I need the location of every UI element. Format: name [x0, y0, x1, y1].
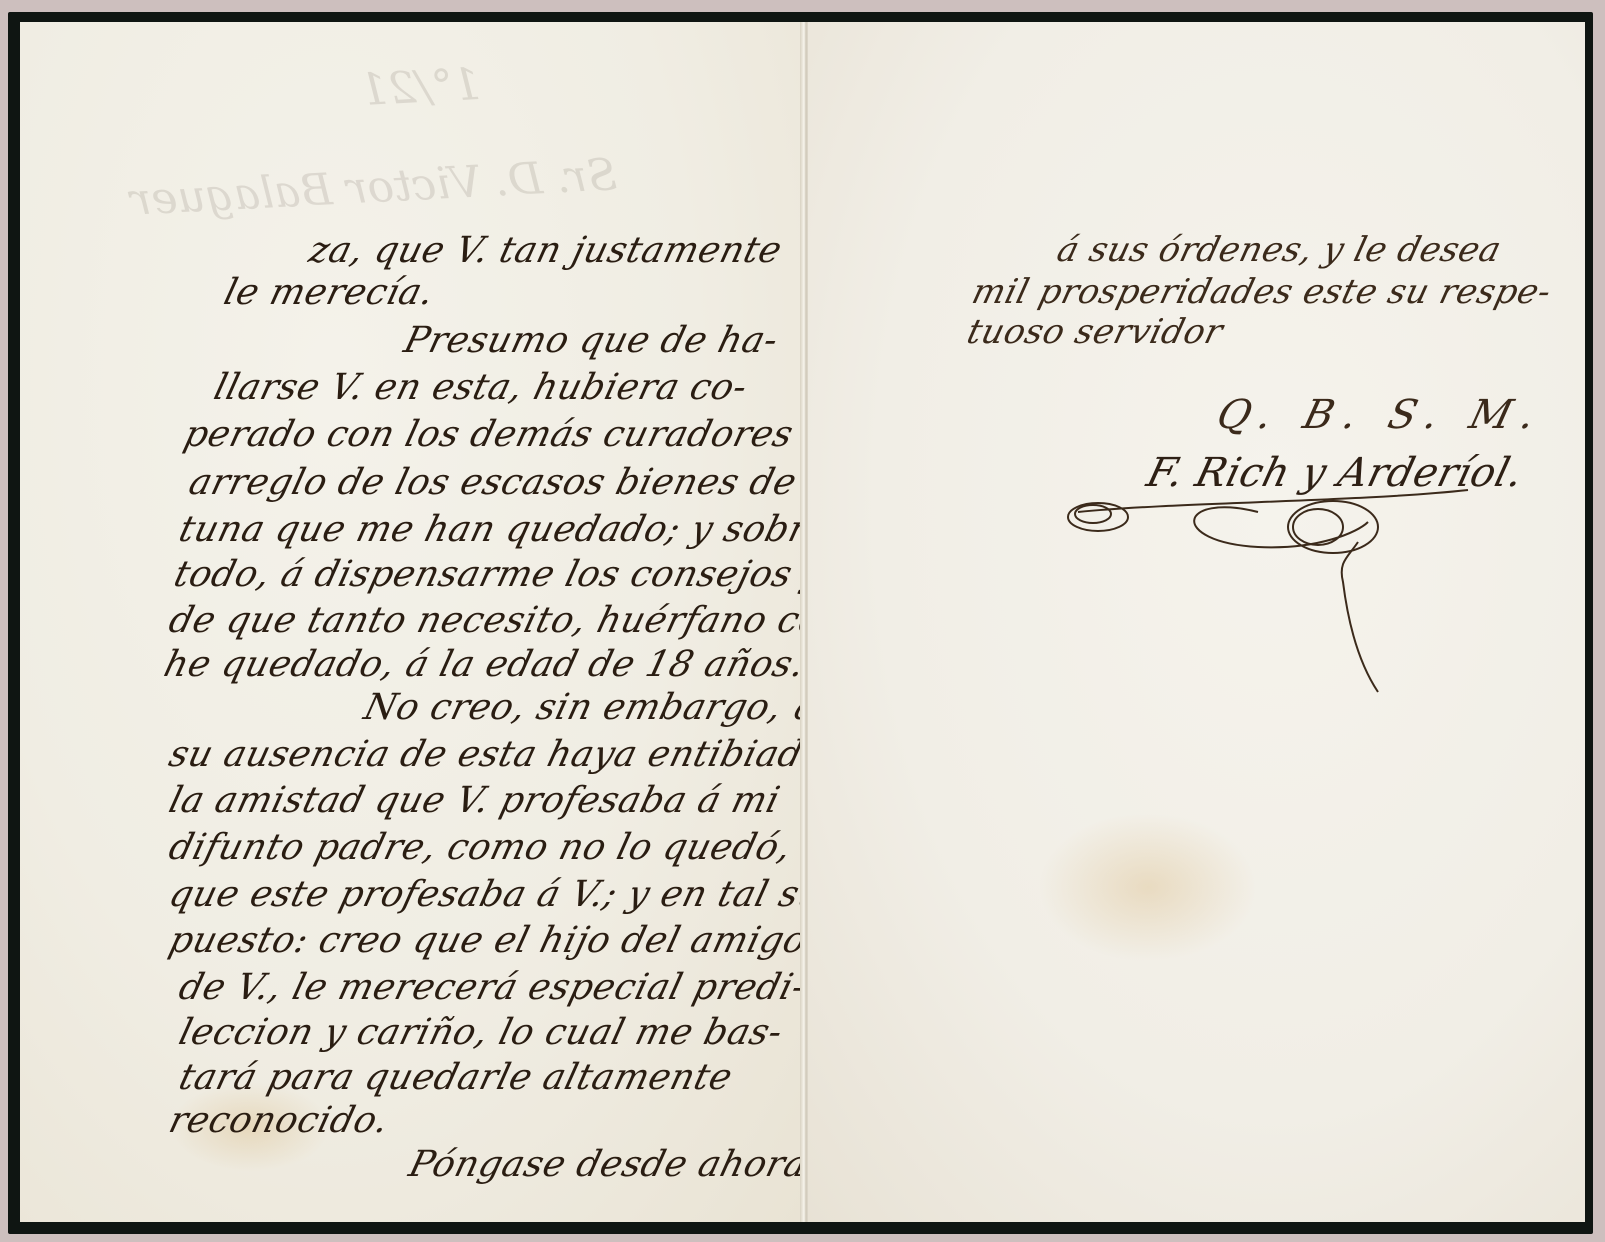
letter-line-12: su ausencia de esta haya entibiado — [165, 734, 802, 775]
letter-line-22: á sus órdenes, y le desea — [1053, 230, 1505, 270]
letter-line-10: he quedado, á la edad de 18 años. — [160, 644, 802, 685]
letter-line-18: leccion y cariño, lo cual me bas- — [175, 1012, 787, 1053]
letter-line-9: de que tanto necesito, huérfano como — [165, 600, 802, 641]
letter-line-2: le merecía. — [220, 272, 439, 313]
bleed-through-note: 1°/21 — [359, 59, 482, 116]
closing-abbreviation: Q. B. S. M. — [1212, 392, 1550, 438]
paper-stain — [1038, 812, 1258, 962]
letter-line-4: llarse V. en esta, hubiera co- — [210, 367, 752, 408]
letter-line-13: la amistad que V. profesaba á mi — [165, 780, 784, 821]
letter-sheet: 1°/21 Sr. D. Victor Balaguer za, que V. … — [20, 22, 1585, 1222]
letter-line-24: tuoso servidor — [963, 312, 1227, 352]
left-page: 1°/21 Sr. D. Victor Balaguer za, que V. … — [20, 22, 802, 1222]
signature-rubric-flourish — [1058, 472, 1478, 702]
letter-line-11: No creo, sin embargo, que — [360, 687, 802, 728]
letter-line-1: za, que V. tan justamente — [305, 230, 786, 271]
letter-line-5: perado con los demás curadores al — [180, 414, 802, 455]
letter-line-19: tará para quedarle altamente — [175, 1057, 737, 1098]
letter-line-17: de V., le merecerá especial predi- — [175, 967, 802, 1008]
letter-line-15: que este profesaba á V.; y en tal su- — [165, 874, 802, 915]
letter-line-6: arreglo de los escasos bienes de for- — [185, 462, 802, 503]
letter-line-7: tuna que me han quedado; y sobre — [175, 509, 802, 550]
letter-line-16: puesto: creo que el hijo del amigo — [165, 920, 802, 961]
letter-line-8: todo, á dispensarme los consejos y favor — [170, 554, 802, 595]
letter-line-14: difunto padre, como no lo quedó, la — [165, 827, 802, 868]
bleed-through-header: Sr. D. Victor Balaguer — [129, 149, 618, 225]
right-page: á sus órdenes, y le desea mil prosperida… — [808, 22, 1585, 1222]
letter-line-20: reconocido. — [165, 1100, 393, 1141]
letter-line-23: mil prosperidades este su respe- — [968, 272, 1555, 312]
letter-line-3: Presumo que de ha- — [400, 320, 782, 361]
letter-line-21: Póngase desde ahora — [405, 1144, 802, 1185]
